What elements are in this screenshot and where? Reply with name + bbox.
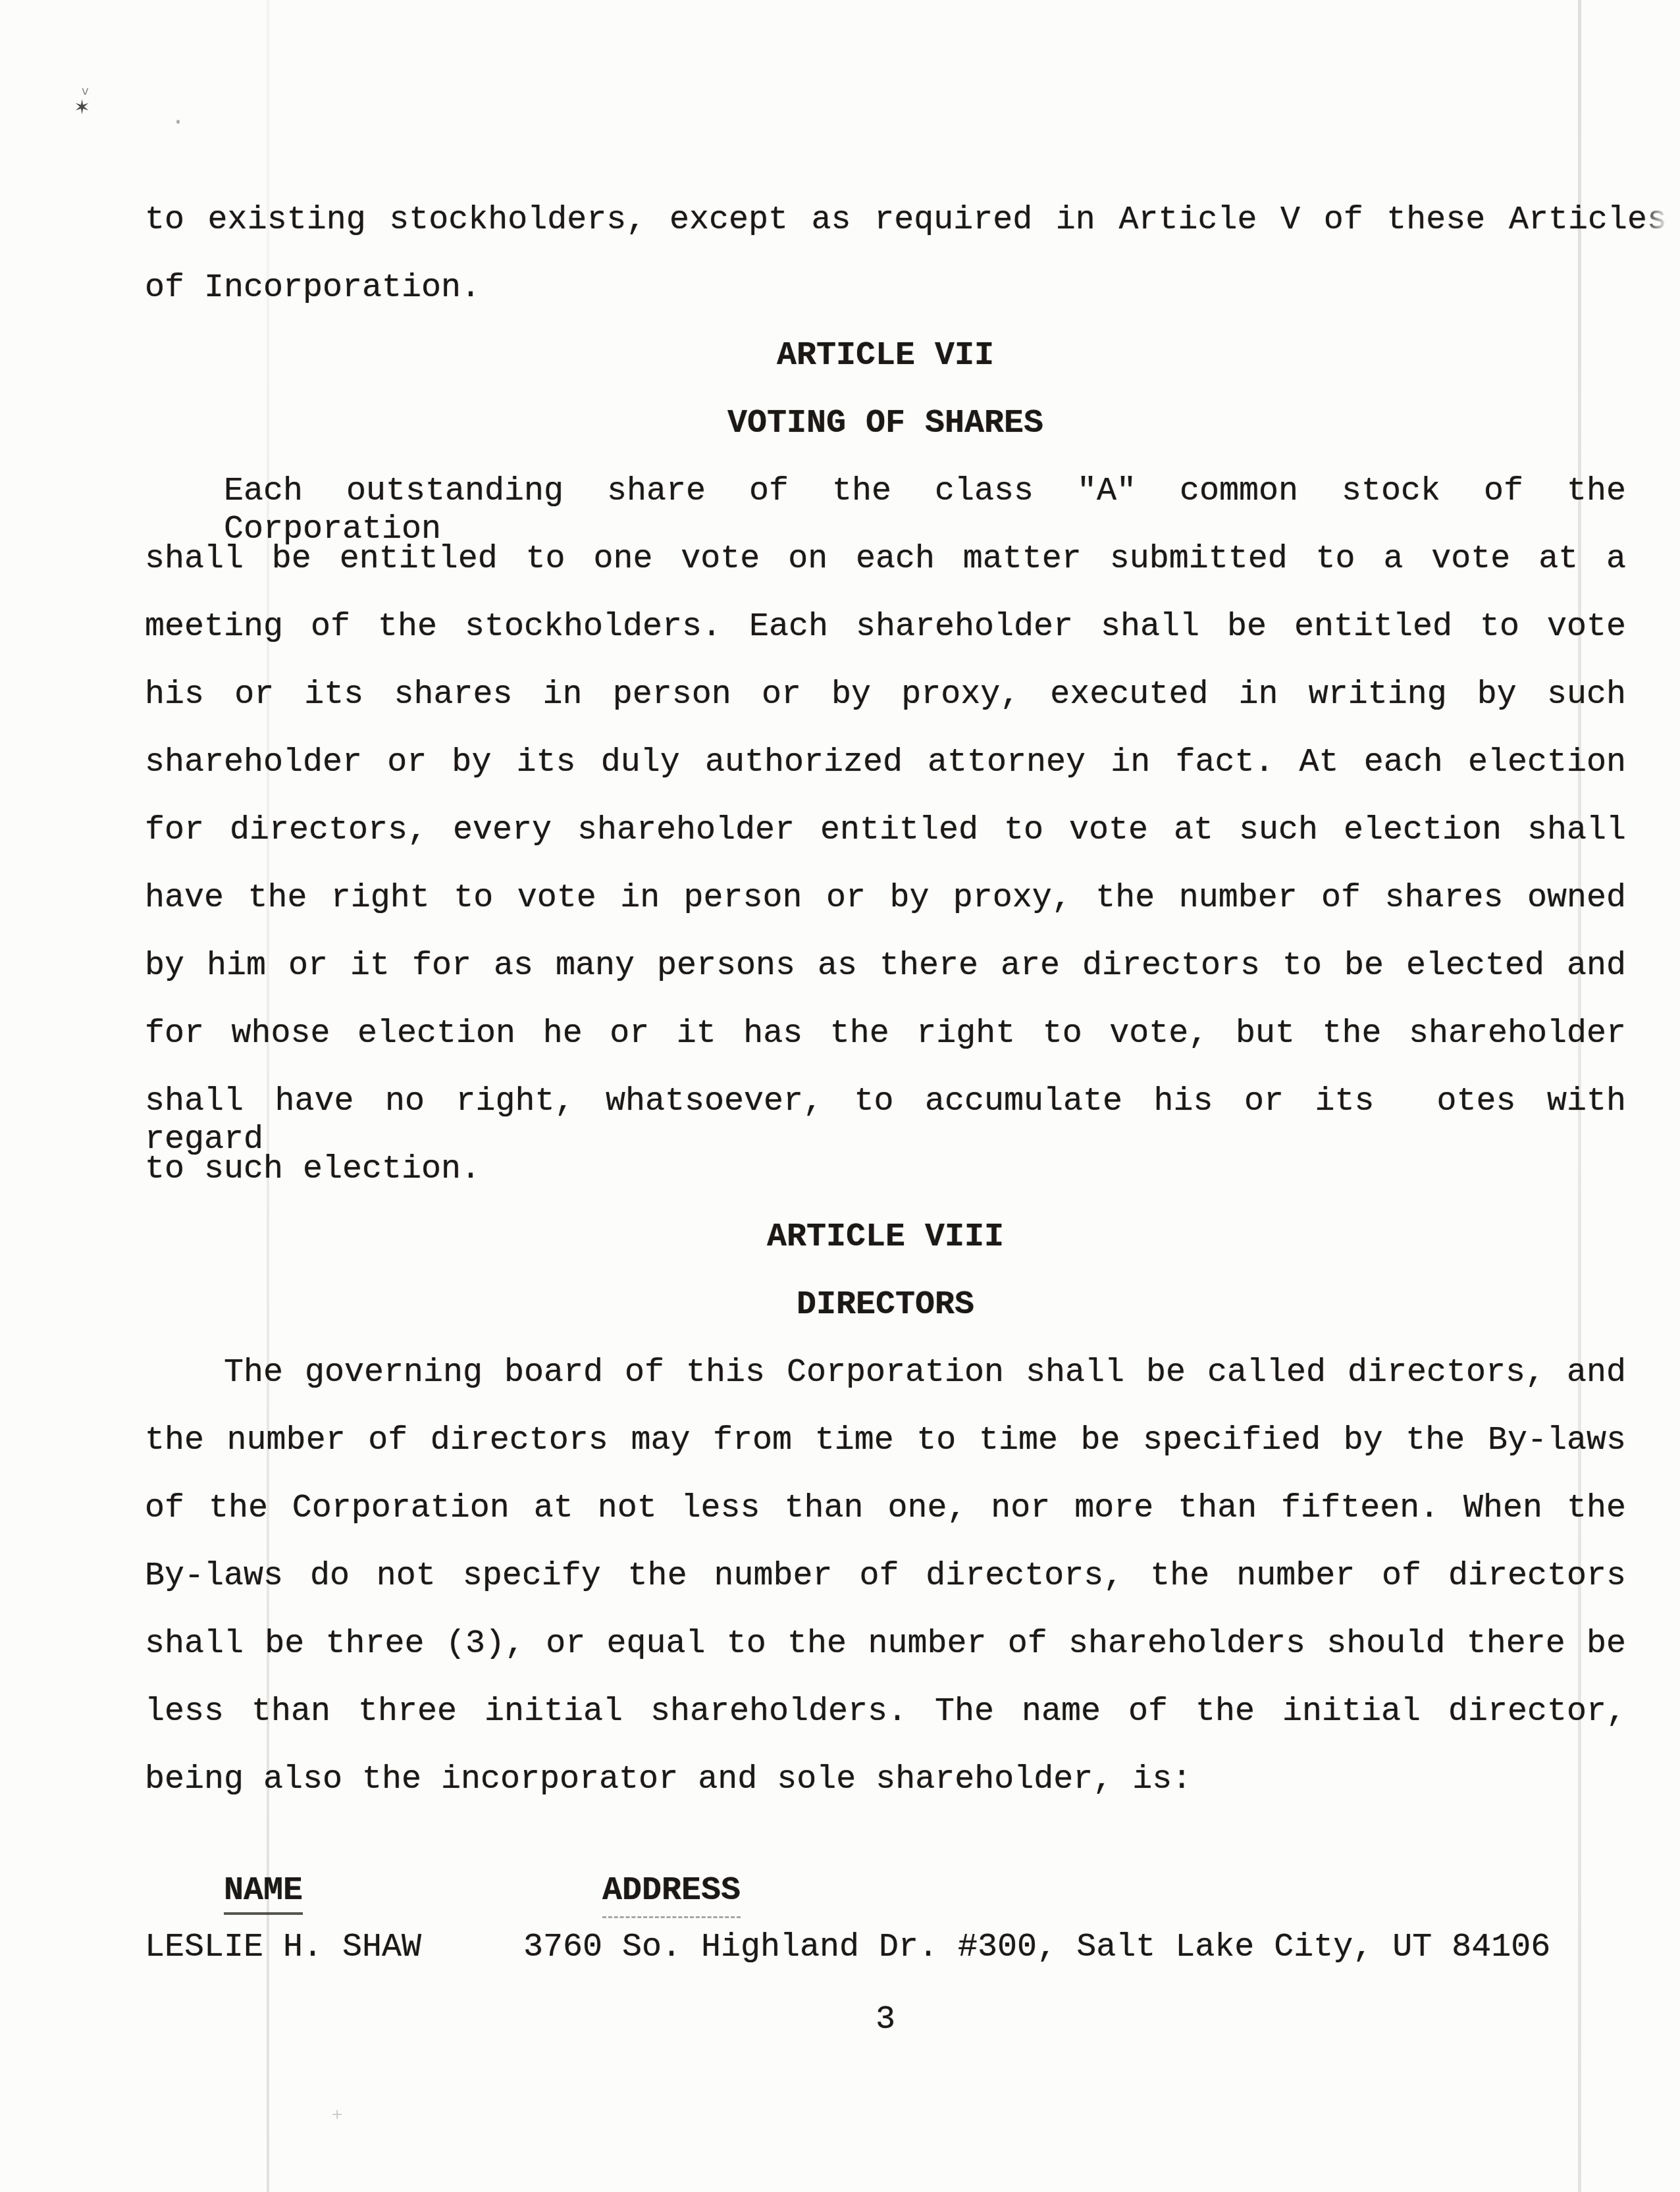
paragraph-line: for directors, every shareholder entitle… — [145, 812, 1626, 850]
ink-speck-star: ✶ — [74, 96, 90, 119]
paragraph-line: to such election. — [145, 1151, 1626, 1189]
ink-speck-check: v — [82, 84, 89, 98]
directors-heading: DIRECTORS — [145, 1286, 1626, 1324]
paragraph-line: The governing board of this Corporation … — [145, 1354, 1626, 1392]
paragraph-line: of the Corporation at not less than one,… — [145, 1490, 1626, 1528]
paragraph-line: for whose election he or it has the righ… — [145, 1015, 1626, 1053]
voting-of-shares-heading: VOTING OF SHARES — [145, 405, 1626, 443]
paragraph-line: by him or it for as many persons as ther… — [145, 947, 1626, 985]
director-name: LESLIE H. SHAW — [145, 1929, 421, 1967]
paragraph-line: being also the incorporator and sole sha… — [145, 1761, 1626, 1799]
paragraph-line: the number of directors may from time to… — [145, 1422, 1626, 1460]
ink-speck-plus: + — [331, 2106, 343, 2123]
intro-line: to existing stockholders, except as requ… — [145, 201, 1667, 240]
article-vii-heading: ARTICLE VII — [145, 337, 1626, 375]
paragraph-line: shareholder or by its duly authorized at… — [145, 744, 1626, 782]
paragraph-line: have the right to vote in person or by p… — [145, 879, 1626, 918]
paragraph-line: shall have no right, whatsoever, to accu… — [145, 1083, 1626, 1159]
paragraph-line: Each outstanding share of the class "A" … — [145, 473, 1626, 548]
paragraph-line: By-laws do not specify the number of dir… — [145, 1557, 1626, 1596]
paragraph-line: meeting of the stockholders. Each shareh… — [145, 608, 1626, 646]
document-page: ✶ v + to existing stockholders, except a… — [0, 0, 1680, 2192]
paragraph-line: less than three initial shareholders. Th… — [145, 1693, 1626, 1731]
paragraph-line: shall be three (3), or equal to the numb… — [145, 1625, 1626, 1663]
ink-speck-dot — [176, 120, 180, 124]
paragraph-line: shall be entitled to one vote on each ma… — [145, 540, 1626, 579]
paragraph-line: his or its shares in person or by proxy,… — [145, 676, 1626, 714]
intro-line: of Incorporation. — [145, 269, 1626, 307]
article-viii-heading: ARTICLE VIII — [145, 1218, 1626, 1257]
director-address: 3760 So. Highland Dr. #300, Salt Lake Ci… — [523, 1929, 1550, 1967]
page-number: 3 — [145, 2001, 1626, 2039]
